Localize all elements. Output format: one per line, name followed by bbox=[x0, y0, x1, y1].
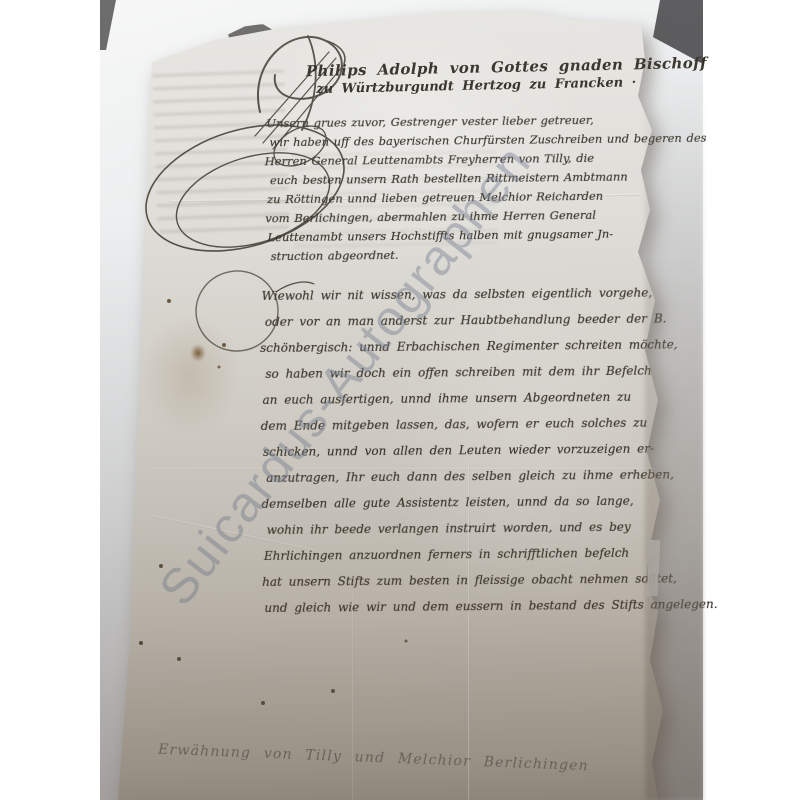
manuscript-line: oder vor an man anderst zur Haubtbehandl… bbox=[265, 305, 718, 335]
manuscript-line: schönbergisch: unnd Erbachischen Regimen… bbox=[260, 331, 713, 361]
manuscript-line: demselben alle gute Assistentz leisten, … bbox=[261, 487, 714, 517]
manuscript-line: dem Ende mitgeben lassen, das, wofern er… bbox=[261, 409, 714, 439]
body-paragraph-1: Unsern grues zuvor, Gestrenger vester li… bbox=[266, 110, 705, 267]
photo-backing-sheet: Philips Adolph von Gottes gnaden Bischof… bbox=[100, 0, 703, 800]
manuscript-line: so haben wir doch ein offen schreiben mi… bbox=[265, 357, 718, 387]
manuscript-line: schicken, unnd von allen den Leuten wied… bbox=[263, 435, 716, 465]
manuscript-photo: Philips Adolph von Gottes gnaden Bischof… bbox=[0, 0, 800, 800]
manuscript-line: wohin ihr beede verlangen instruirt word… bbox=[267, 513, 720, 543]
manuscript-line: anzutragen, Ihr euch dann des selben gle… bbox=[266, 461, 719, 491]
manuscript-line: Wiewohl wir nit wissen, was da selbsten … bbox=[262, 279, 715, 309]
manuscript-line: an euch ausfertigen, unnd ihme unsern Ab… bbox=[262, 383, 715, 413]
